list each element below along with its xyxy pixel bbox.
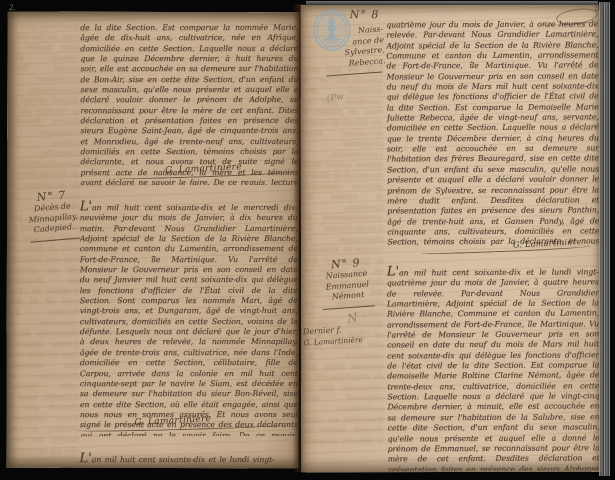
page-stack-top-edge [306, 1, 598, 5]
margin-note-act-8: Naiss- ance de Sylvestre, Rebecca. [301, 24, 386, 78]
scanned-register-spread: quatrième jour du mois de Janvier, à onz… [0, 0, 615, 480]
right-page: L'an mil huit cent soixante-dix et le me… [301, 5, 602, 473]
entry-6-continuation-text: de la dite Section. Est comparue la nomm… [80, 23, 298, 185]
margin-annotation: Dernier f. G. Lamartinière [303, 323, 384, 348]
entry-7-death-act-text: L'an mil huit cent soixante-dix et le me… [80, 200, 298, 436]
margin-underline [326, 69, 382, 76]
page-stack-right-edge [599, 2, 610, 476]
margin-note-act-8-number: N° 8 [345, 8, 385, 21]
act-number: N° 8 [345, 8, 385, 21]
left-page: quatrième jour du mois de Janvier, à onz… [6, 12, 299, 469]
corner-pencil-mark: 2. [9, 4, 16, 12]
entry-8-birth-act-text: quatrième jour du mois de Janvier, à onz… [386, 19, 599, 248]
margin-note-act-9: N° 9 Naissance Emmanuel Némont [309, 255, 384, 311]
page-number: 3. [595, 4, 603, 13]
margin-underline [30, 235, 80, 242]
pencil-mark: N [346, 310, 359, 326]
margin-note-act-7: N° 7 Décès de Minnapillay, Cadepied. [19, 187, 87, 243]
entry-9-birth-act-text: L'an mil huit cent soixante-dix et le lu… [387, 264, 600, 471]
left-margin-showthrough-text: quatrième jour du mois de Janvier, à onz… [6, 22, 79, 462]
pencil-mark: (Pw [326, 92, 345, 105]
margin-underline [323, 303, 375, 310]
entry-8-opening-line: L'an mil huit cent soixante-dix et le lu… [79, 452, 297, 466]
